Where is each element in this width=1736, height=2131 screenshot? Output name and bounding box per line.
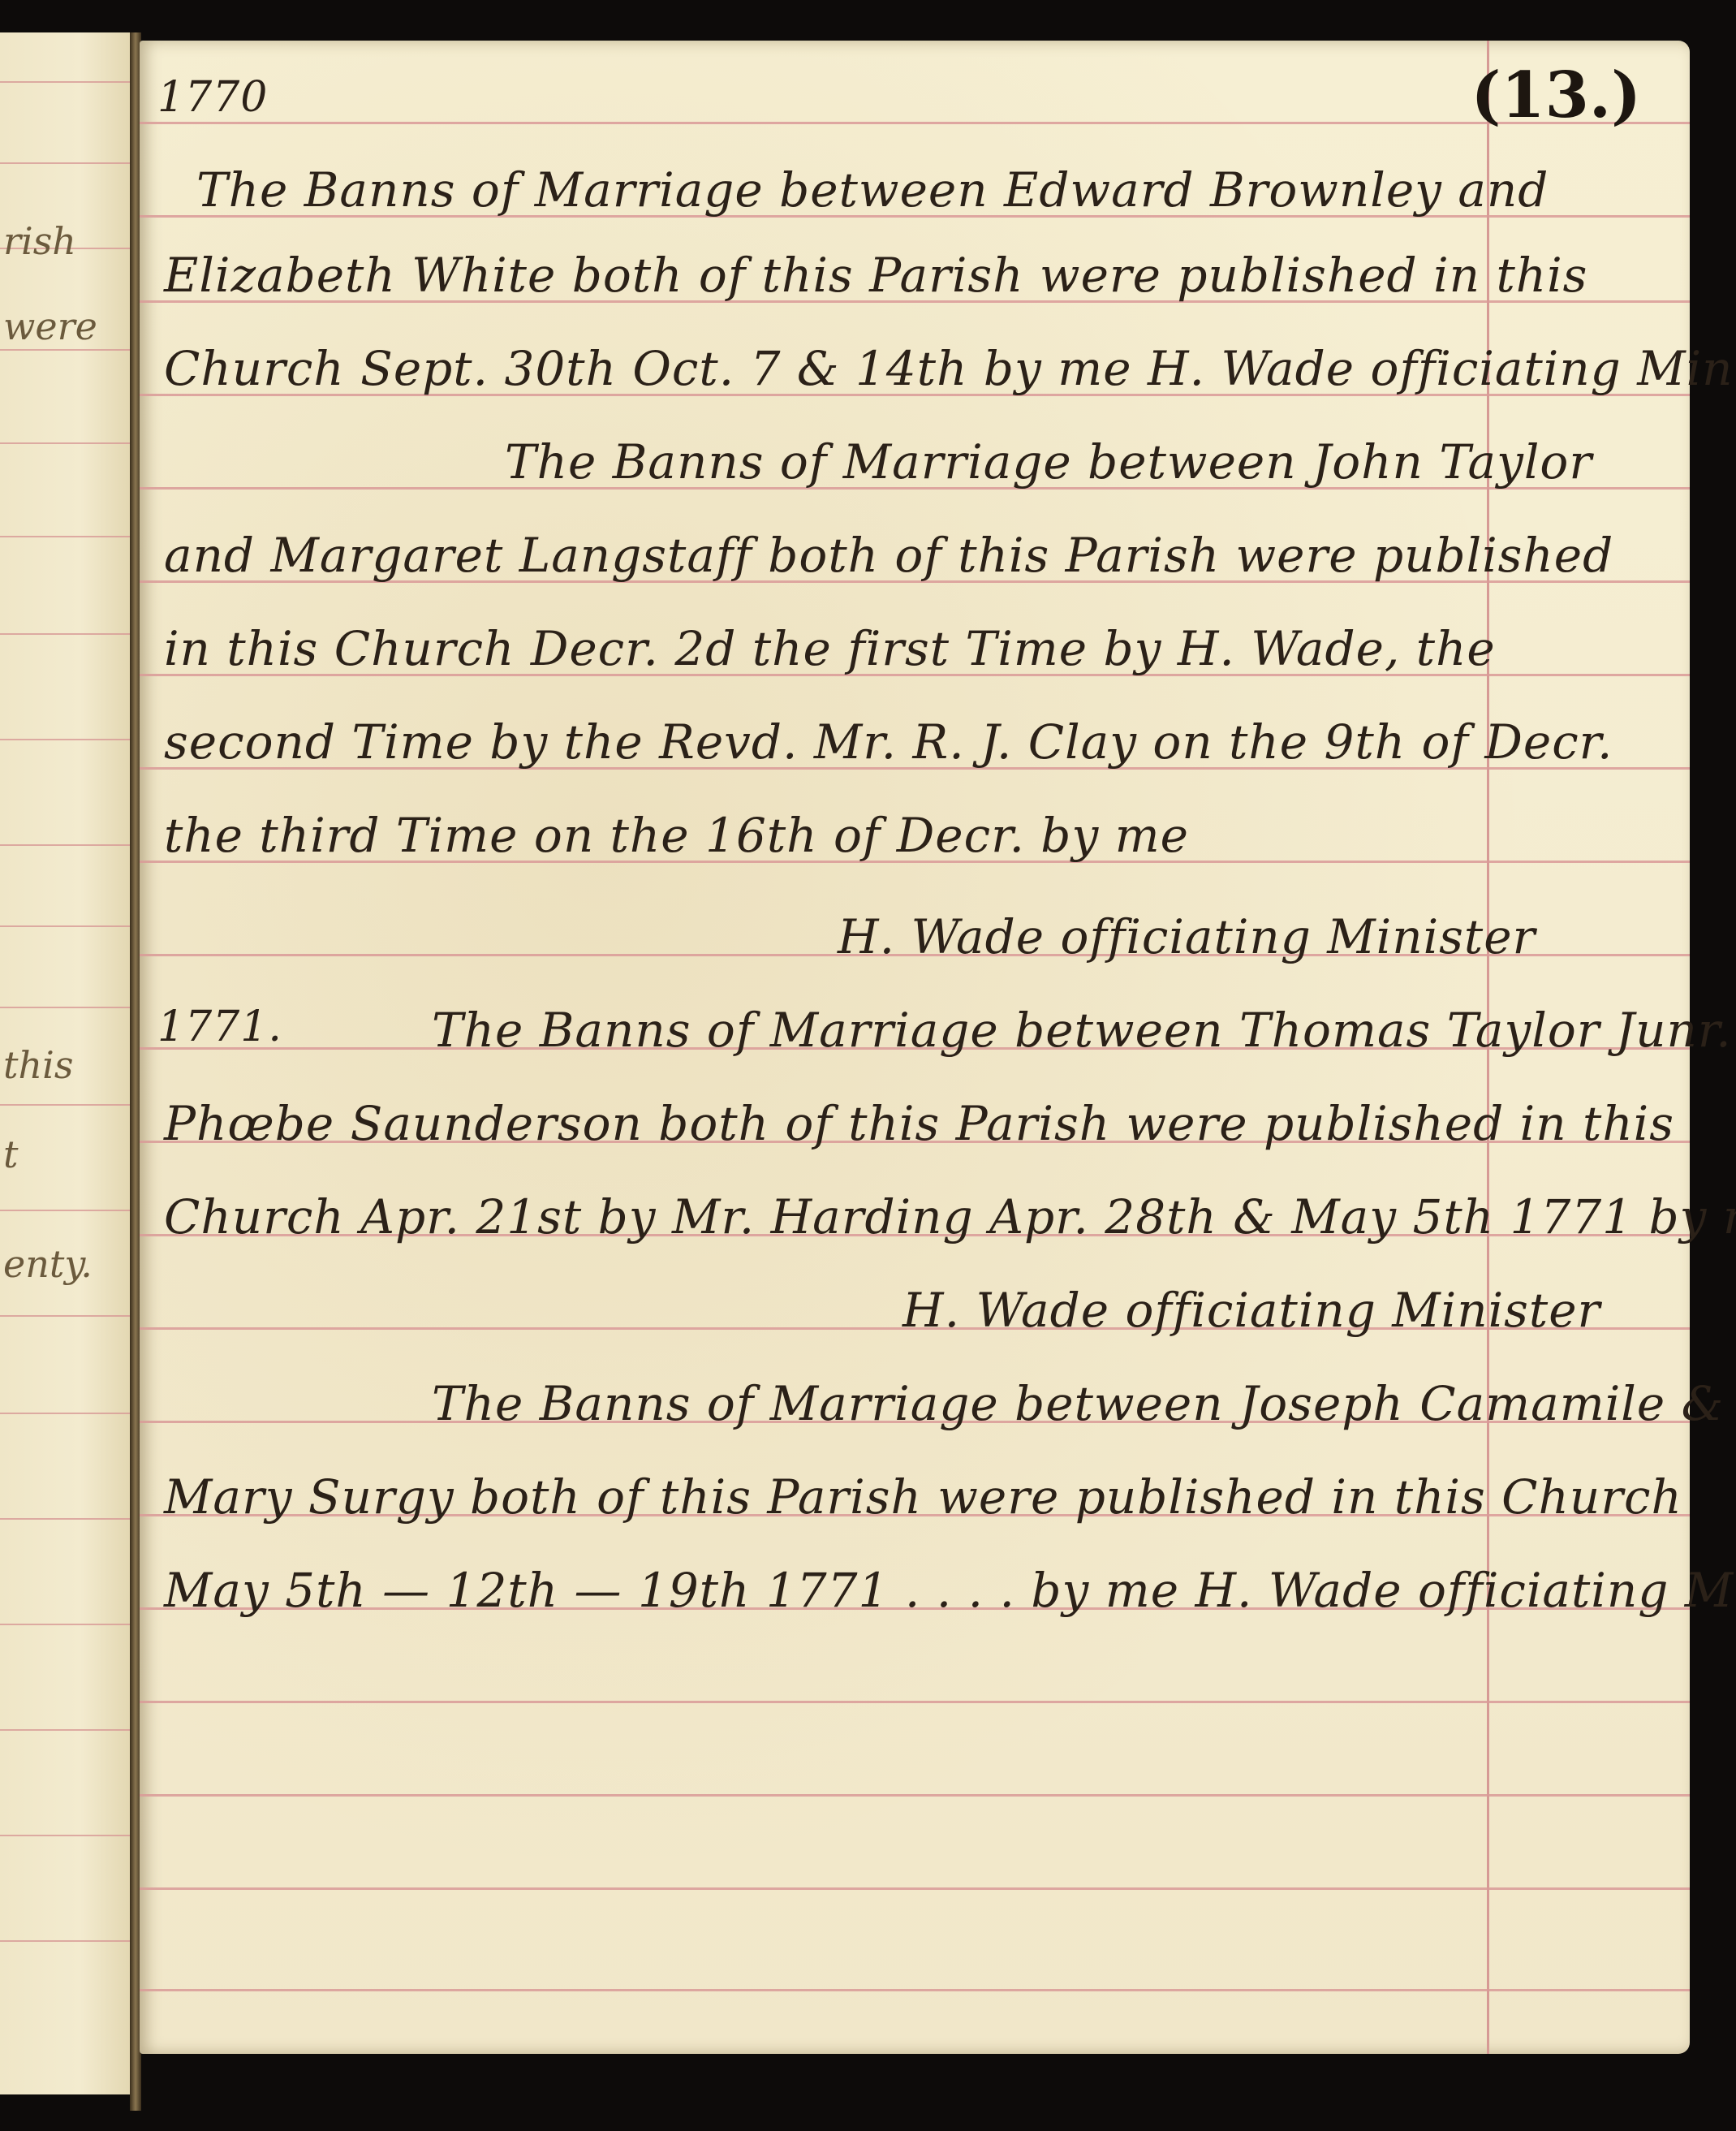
left-fragment-text: enty. [3, 1242, 93, 1286]
entry-line: The Banns of Marriage between John Taylo… [505, 434, 1592, 490]
ruled-line [0, 1835, 134, 1836]
ruled-line [0, 1007, 134, 1008]
ruled-line [140, 1794, 1690, 1797]
entry-line: The Banns of Marriage between Joseph Cam… [432, 1376, 1724, 1431]
register-page: (13.) 1770 The Banns of Marriage between… [140, 41, 1690, 2054]
entry-line: May 5th — 12th — 19th 1771 . . . . by me… [164, 1563, 1736, 1618]
left-page-fragment: rish were this t enty. [0, 32, 134, 2094]
entry-line: second Time by the Revd. Mr. R. J. Clay … [164, 714, 1613, 770]
ruled-line [0, 844, 134, 846]
entry-signature: H. Wade officiating Minister [902, 1283, 1600, 1338]
entry-year: 1771. [157, 1003, 282, 1051]
entry-line: Mary Surgy both of this Parish were publ… [164, 1469, 1682, 1525]
ruled-line [0, 349, 134, 351]
entry-year: 1770 [157, 73, 268, 122]
ruled-line [0, 925, 134, 927]
ruled-line [0, 1210, 134, 1211]
ruled-line [140, 122, 1690, 124]
ruled-line [0, 1518, 134, 1520]
left-fragment-text: this [3, 1043, 73, 1087]
left-fragment-text: rish [3, 219, 76, 263]
ruled-line [0, 162, 134, 164]
entry-line: Church Sept. 30th Oct. 7 & 14th by me H.… [164, 341, 1736, 396]
ruled-line [0, 1104, 134, 1106]
ruled-line [0, 1729, 134, 1731]
ruled-line [0, 1624, 134, 1625]
entry-line: Phœbe Saunderson both of this Parish wer… [164, 1096, 1674, 1151]
entry-line: and Margaret Langstaff both of this Pari… [164, 528, 1613, 583]
entry-line: Church Apr. 21st by Mr. Harding Apr. 28t… [164, 1189, 1736, 1245]
ruled-line [0, 739, 134, 740]
ruled-line [0, 1315, 134, 1317]
ruled-line [0, 81, 134, 83]
ruled-line [0, 442, 134, 444]
entry-line: the third Time on the 16th of Decr. by m… [164, 808, 1189, 863]
ruled-line [140, 1701, 1690, 1703]
page-number: (13.) [1471, 58, 1641, 132]
entry-line: Elizabeth White both of this Parish were… [164, 248, 1587, 303]
entry-line: The Banns of Marriage between Thomas Tay… [432, 1003, 1736, 1058]
entry-line: The Banns of Marriage between Edward Bro… [196, 162, 1549, 218]
ruled-line [140, 1887, 1690, 1890]
left-fragment-text: t [3, 1132, 19, 1176]
entry-signature: H. Wade officiating Minister [838, 909, 1536, 964]
ruled-line [140, 1989, 1690, 1991]
ruled-line [0, 536, 134, 537]
left-fragment-text: were [3, 304, 97, 348]
ruled-line [0, 1940, 134, 1942]
ruled-line [0, 1413, 134, 1414]
entry-line: in this Church Decr. 2d the first Time b… [164, 621, 1496, 676]
ruled-line [0, 633, 134, 635]
